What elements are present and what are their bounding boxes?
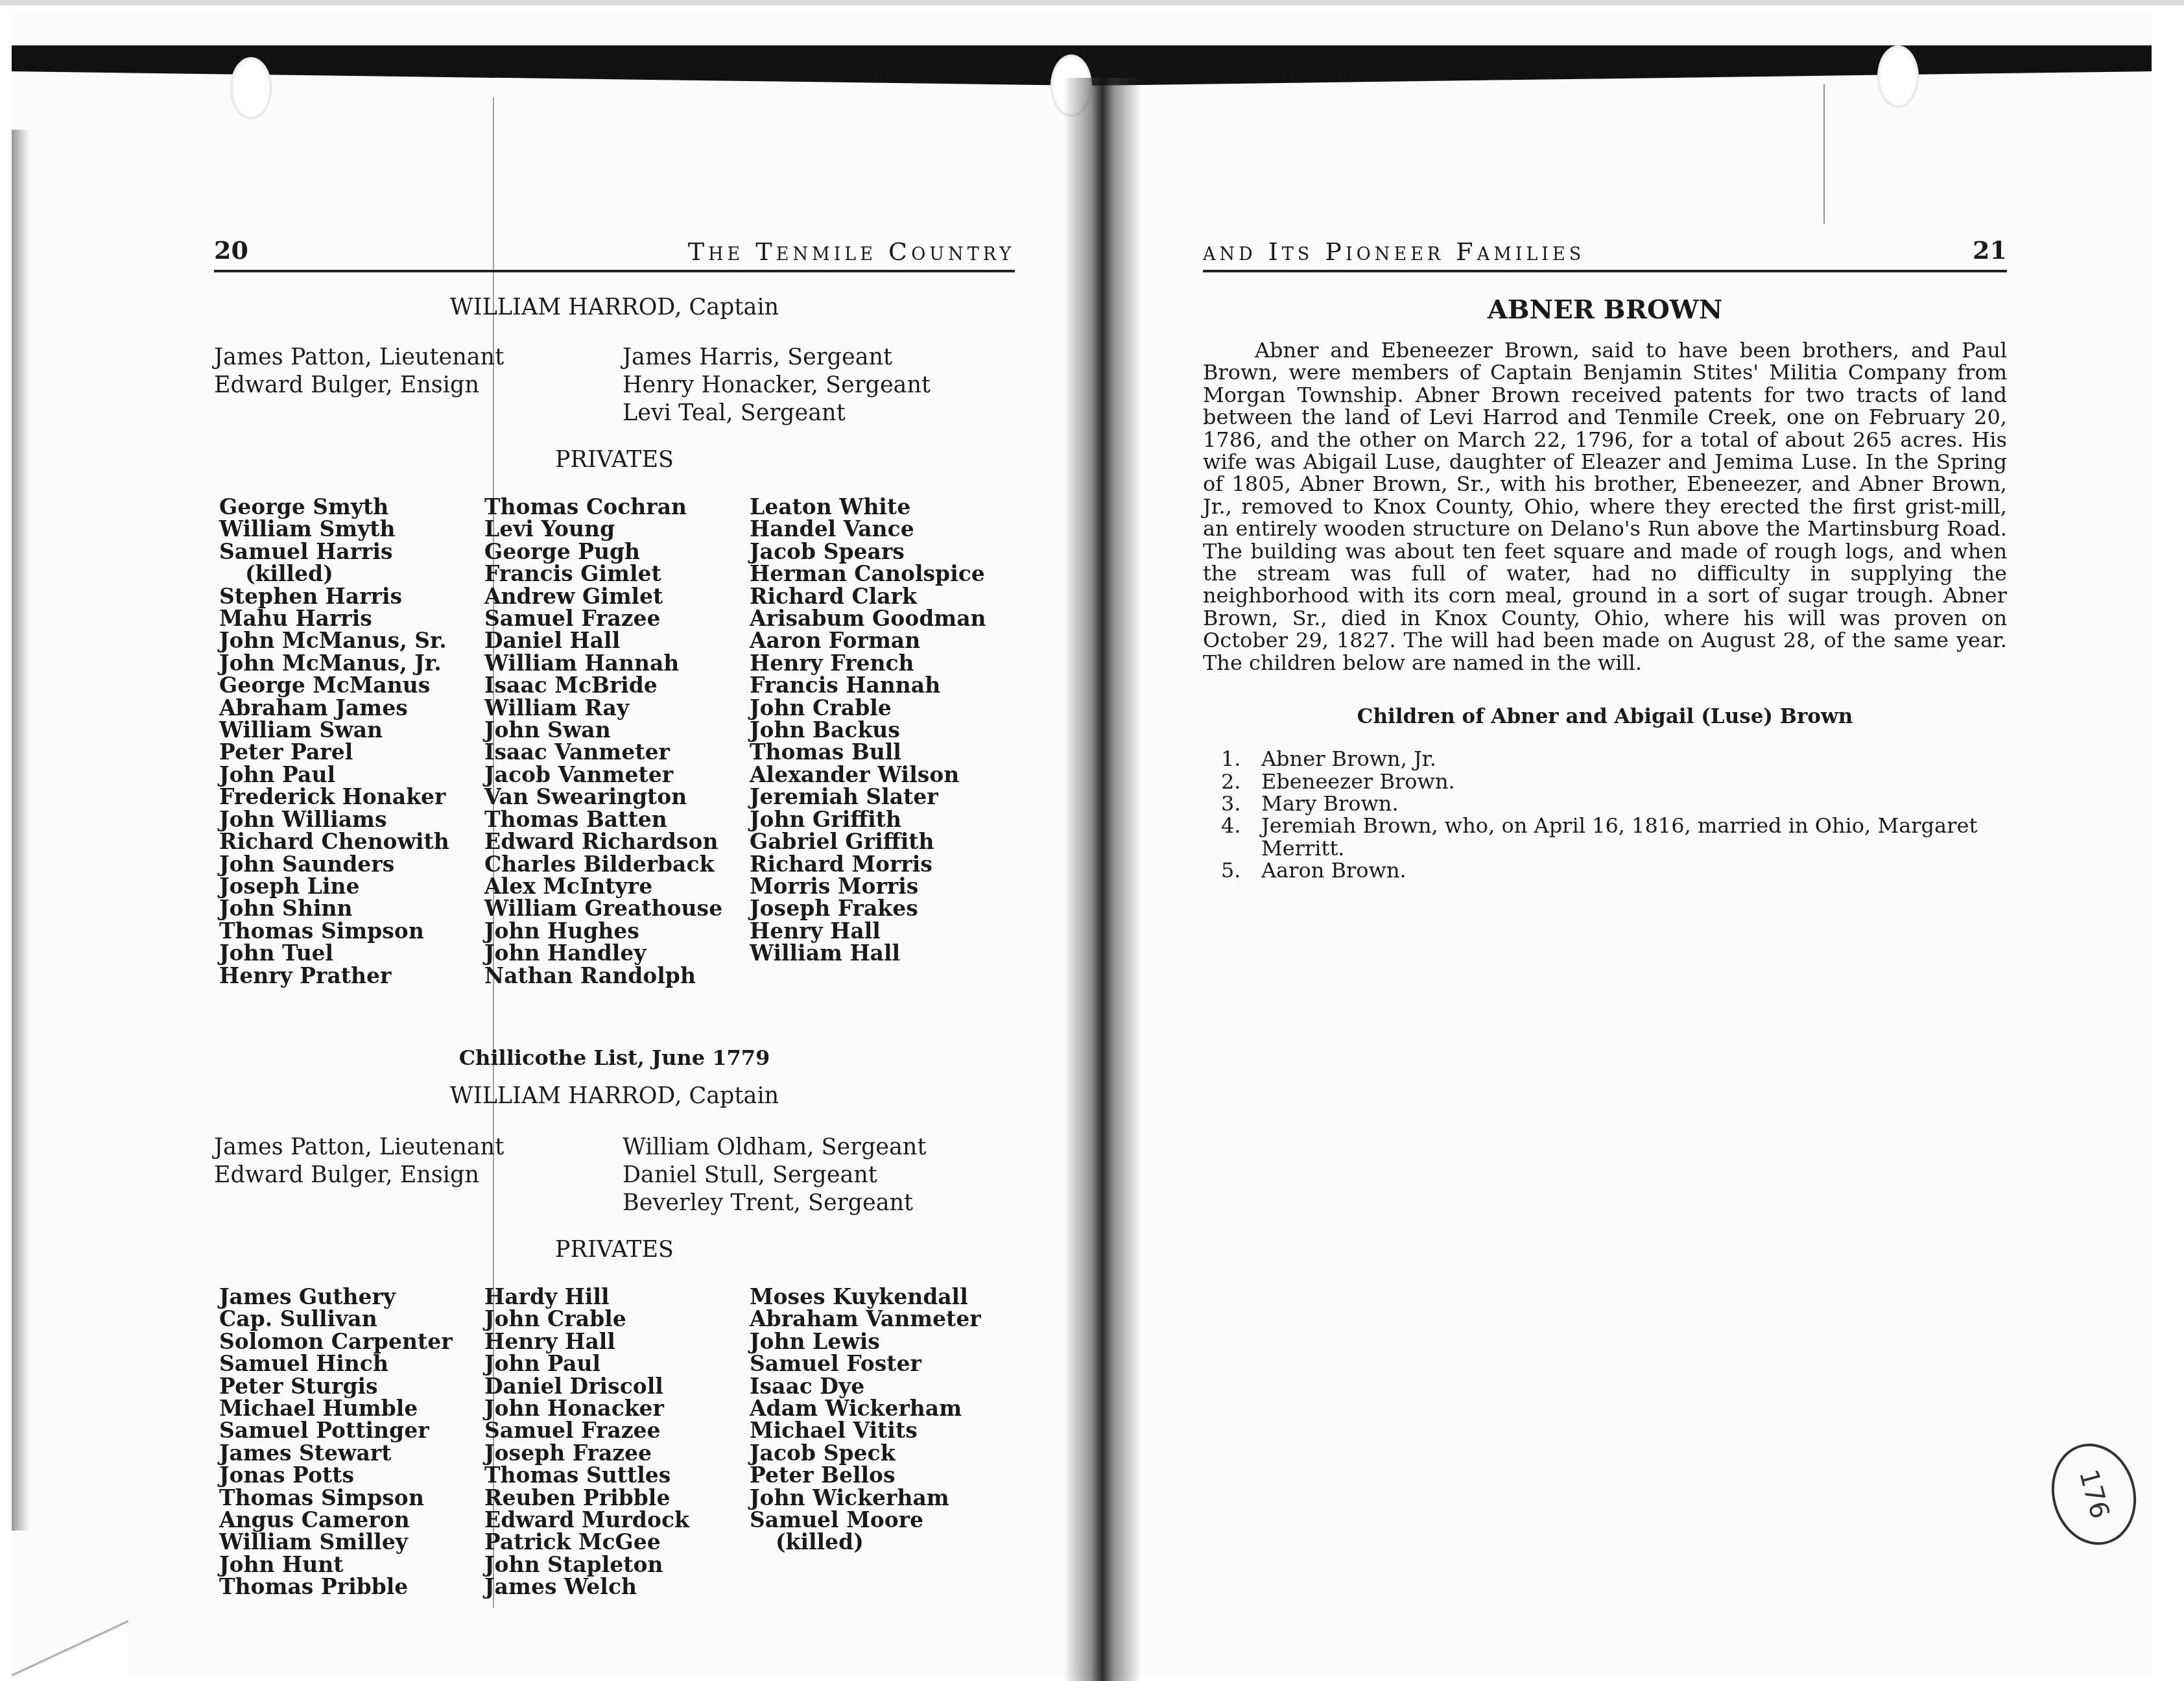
children-heading: Children of Abner and Abigail (Luse) Bro… [1203,705,2007,728]
list-item: Richard Clark [750,586,1015,608]
child-number: 3. [1221,793,1261,815]
list-heading: Chillicothe List, June 1779 [214,1045,1015,1070]
running-head: 20 The Tenmile Country [214,233,1015,272]
running-title: The Tenmile Country [688,237,1015,266]
page-20: 20 The Tenmile Country WILLIAM HARROD, C… [214,233,1015,1599]
list-item: Joseph Frakes [750,898,1015,920]
list-item: John Hunt [219,1554,484,1576]
list-item: Samuel Foster [750,1353,1015,1375]
list-item: Thomas Batten [484,809,750,831]
list-item: John Lewis [750,1331,1015,1353]
list-item: Jeremiah Slater [750,786,1015,808]
list-item: Solomon Carpenter [219,1331,484,1353]
list-item: Daniel Hall [484,630,750,652]
list-item: Isaac Vanmeter [484,741,750,763]
list-item: John Williams [219,809,484,831]
list-item: John McManus, Jr. [219,652,484,674]
list-item: John Paul [219,764,484,786]
list-item: William Oldham, Sergeant [623,1134,926,1162]
privates-column-3: Leaton WhiteHandel VanceJacob SpearsHerm… [750,496,1015,987]
article-paragraph: Abner and Ebeneezer Brown, said to have … [1203,339,2007,674]
list-item: William Smyth [219,518,484,540]
list-item: Handel Vance [750,518,1015,540]
list-item: Henry Honacker, Sergeant [623,372,931,399]
list-item: Michael Humble [219,1398,484,1420]
list-item: Francis Hannah [750,674,1015,697]
list-item: John Wickerham [750,1487,1015,1509]
list-item: Francis Gimlet [484,563,750,585]
child-entry: 3.Mary Brown. [1221,793,2007,815]
list-item: James Harris, Sergeant [623,344,931,372]
list-item: Henry Hall [750,920,1015,942]
list-item: (killed) [750,1531,1015,1553]
list-item: Cap. Sullivan [219,1308,484,1330]
privates-column-2: Thomas CochranLevi YoungGeorge PughFranc… [484,496,750,987]
list-item: Jacob Speck [750,1442,1015,1464]
list-item: Richard Morris [750,853,1015,876]
list-item: John Handley [484,942,750,964]
list-item: Patrick McGee [484,1531,750,1553]
list-item: Abraham James [219,697,484,719]
list-item: Angus Cameron [219,1509,484,1531]
list-item: James Patton, Lieutenant [214,344,623,372]
scan-artifact-line [1823,84,1825,224]
list-item: Frederick Honaker [219,786,484,808]
list-item: Thomas Cochran [484,496,750,518]
list-item: Thomas Pribble [219,1576,484,1598]
list-item: John Swan [484,719,750,741]
child-entry: 4.Jeremiah Brown, who, on April 16, 1816… [1221,815,2007,859]
list-item: Isaac McBride [484,674,750,697]
child-number: 2. [1221,770,1261,793]
list-item: Morris Morris [750,876,1015,898]
list-item: Aaron Forman [750,630,1015,652]
list-item: Alex McIntyre [484,876,750,898]
list-item: Alexander Wilson [750,764,1015,786]
list-item: Joseph Line [219,876,484,898]
list-item: William Greathouse [484,898,750,920]
list-item: Jacob Vanmeter [484,764,750,786]
child-name: Ebeneezer Brown. [1261,770,2007,793]
list-item: Herman Canolspice [750,563,1015,585]
article-title: ABNER BROWN [1203,294,2007,325]
list-item: Jonas Potts [219,1464,484,1486]
book-gutter-shadow [1063,78,1141,1681]
list-item: Samuel Frazee [484,1420,750,1442]
punch-hole-right [1877,45,1919,108]
list-item: Edward Richardson [484,831,750,853]
scanner-edge [0,0,2184,5]
privates-list: George SmythWilliam SmythSamuel Harris(k… [214,496,1015,987]
officers-left-column: James Patton, LieutenantEdward Bulger, E… [214,1134,623,1217]
running-head: and Its Pioneer Families 21 [1203,233,2007,272]
list-item: Daniel Stull, Sergeant [623,1162,926,1189]
list-item: Henry Prather [219,965,484,987]
list-item: Samuel Pottinger [219,1420,484,1442]
list-item: Edward Murdock [484,1509,750,1531]
list-item: Samuel Moore [750,1509,1015,1531]
child-name: Mary Brown. [1261,793,2007,815]
list-item: John Stapleton [484,1554,750,1576]
list-item: Beverley Trent, Sergeant [623,1189,926,1217]
list-item: Samuel Harris [219,541,484,563]
privates-column-1: George SmythWilliam SmythSamuel Harris(k… [219,496,484,987]
list-item: Peter Sturgis [219,1376,484,1398]
list-item: Hardy Hill [484,1286,750,1308]
list-item: John Honacker [484,1398,750,1420]
list-item: Nathan Randolph [484,965,750,987]
list-item: Michael Vitits [750,1420,1015,1442]
list-item: Levi Teal, Sergeant [623,399,931,427]
list-item: John Backus [750,719,1015,741]
list-item: George Smyth [219,496,484,518]
captain-heading: WILLIAM HARROD, Captain [214,294,1015,320]
privates-column-3: Moses KuykendallAbraham VanmeterJohn Lew… [750,1286,1015,1599]
officers-right-column: James Harris, SergeantHenry Honacker, Se… [623,344,931,427]
list-item: Daniel Driscoll [484,1376,750,1398]
list-item: Van Swearington [484,786,750,808]
list-item: George McManus [219,674,484,697]
list-item: Edward Bulger, Ensign [214,372,623,399]
list-item: James Patton, Lieutenant [214,1134,623,1162]
list-item: Thomas Suttles [484,1464,750,1486]
child-entry: 1.Abner Brown, Jr. [1221,748,2007,770]
list-item: Peter Parel [219,741,484,763]
list-item: Moses Kuykendall [750,1286,1015,1308]
privates-column-2: Hardy HillJohn CrableHenry HallJohn Paul… [484,1286,750,1599]
folded-corner [12,1615,128,1681]
list-item: Charles Bilderback [484,853,750,876]
list-item: Abraham Vanmeter [750,1308,1015,1330]
list-item: Henry Hall [484,1331,750,1353]
running-title: and Its Pioneer Families [1203,237,1585,266]
list-item: Thomas Simpson [219,920,484,942]
officers-right-column: William Oldham, SergeantDaniel Stull, Se… [623,1134,926,1217]
list-item: James Guthery [219,1286,484,1308]
list-item: Henry French [750,652,1015,674]
child-entry: 2.Ebeneezer Brown. [1221,770,2007,793]
list-item: James Welch [484,1576,750,1598]
officers-list: James Patton, LieutenantEdward Bulger, E… [214,344,1015,427]
page-edge-shadow [12,130,30,1531]
handwritten-number: 176 [2073,1466,2115,1522]
child-name: Abner Brown, Jr. [1261,748,2007,770]
list-item: Samuel Frazee [484,608,750,630]
list-item: Isaac Dye [750,1376,1015,1398]
privates-column-1: James GutheryCap. SullivanSolomon Carpen… [219,1286,484,1599]
list-item: James Stewart [219,1442,484,1464]
list-item: Gabriel Griffith [750,831,1015,853]
child-name: Aaron Brown. [1261,859,2007,881]
list-item: George Pugh [484,541,750,563]
captain-heading: WILLIAM HARROD, Captain [214,1083,1015,1109]
list-item: John Crable [484,1308,750,1330]
officers-list: James Patton, LieutenantEdward Bulger, E… [214,1134,1015,1217]
list-item: Leaton White [750,496,1015,518]
children-list: 1.Abner Brown, Jr.2.Ebeneezer Brown.3.Ma… [1203,748,2007,881]
list-item: Richard Chenowith [219,831,484,853]
list-item: Peter Bellos [750,1464,1015,1486]
child-entry: 5.Aaron Brown. [1221,859,2007,881]
list-item: William Smilley [219,1531,484,1553]
list-item: Arisabum Goodman [750,608,1015,630]
list-item: William Hannah [484,652,750,674]
list-item: William Swan [219,719,484,741]
list-item: John Griffith [750,809,1015,831]
list-item: John McManus, Sr. [219,630,484,652]
child-number: 1. [1221,748,1261,770]
privates-heading: PRIVATES [214,447,1015,473]
list-item: Stephen Harris [219,586,484,608]
privates-heading: PRIVATES [214,1237,1015,1263]
list-item: Reuben Pribble [484,1487,750,1509]
child-number: 4. [1221,815,1261,859]
list-item: Jacob Spears [750,541,1015,563]
list-item: Thomas Bull [750,741,1015,763]
punch-hole-left [230,57,272,119]
child-name: Jeremiah Brown, who, on April 16, 1816, … [1261,815,2007,859]
list-item: Thomas Simpson [219,1487,484,1509]
officers-left-column: James Patton, LieutenantEdward Bulger, E… [214,344,623,427]
page-number: 20 [214,235,248,265]
list-item: Mahu Harris [219,608,484,630]
list-item: Edward Bulger, Ensign [214,1162,623,1189]
list-item: William Hall [750,942,1015,964]
list-item: John Hughes [484,920,750,942]
list-item: John Crable [750,697,1015,719]
list-item: John Paul [484,1353,750,1375]
page-21: and Its Pioneer Families 21 ABNER BROWN … [1203,233,2007,882]
list-item: (killed) [219,563,484,585]
list-item: John Shinn [219,898,484,920]
list-item: Levi Young [484,518,750,540]
page-number: 21 [1973,235,2007,265]
list-item: Andrew Gimlet [484,586,750,608]
child-number: 5. [1221,859,1261,881]
list-item: William Ray [484,697,750,719]
list-item: John Saunders [219,853,484,876]
list-item: Adam Wickerham [750,1398,1015,1420]
list-item: Samuel Hinch [219,1353,484,1375]
list-item: Joseph Frazee [484,1442,750,1464]
list-item: John Tuel [219,942,484,964]
privates-list: James GutheryCap. SullivanSolomon Carpen… [214,1286,1015,1599]
